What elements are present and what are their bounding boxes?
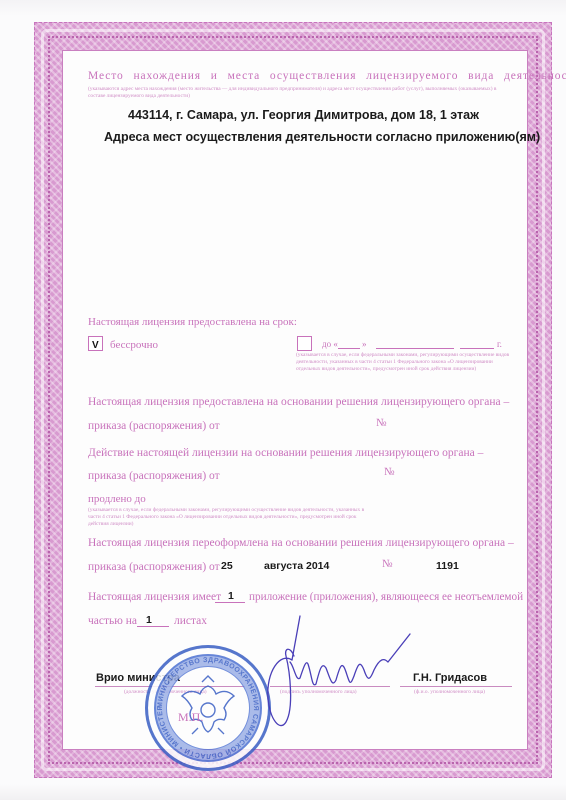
reissue-line2: приказа (распоряжения) от — [88, 561, 220, 573]
address-appendix: Адреса мест осуществления деятельности с… — [104, 130, 540, 144]
extension-line2: приказа (распоряжения) от — [88, 470, 220, 482]
name-note: (ф.и.о. уполномоченного лица) — [414, 689, 485, 696]
grant-line2: приказа (распоряжения) от — [88, 420, 220, 432]
reissue-number: 1191 — [436, 560, 459, 572]
term-heading: Настоящая лицензия предоставлена на срок… — [88, 316, 297, 328]
extension-number-label: № — [384, 466, 395, 478]
sheets-field — [137, 626, 169, 627]
extension-note: (указывается в случае, если федеральными… — [88, 507, 368, 528]
check-mark-icon: V — [92, 340, 99, 351]
until-prefix: до « — [322, 339, 338, 349]
until-mid: » — [362, 339, 367, 349]
until-month-field[interactable] — [376, 348, 454, 349]
extension-line1: Действие настоящей лицензии на основании… — [88, 447, 483, 459]
grant-line1: Настоящая лицензия предоставлена на осно… — [88, 396, 509, 408]
signatory-name: Г.Н. Гридасов — [413, 672, 487, 684]
reissue-day: 25 — [221, 560, 233, 572]
license-page: Место нахождения и места осуществления л… — [0, 0, 566, 800]
appendix-count: 1 — [228, 590, 234, 602]
appendix-suffix: приложение (приложения), являющееся ее н… — [249, 591, 523, 603]
stamp-label: М.П. — [178, 710, 203, 725]
handwritten-signature-icon — [250, 612, 420, 742]
until-suffix: г. — [497, 339, 502, 349]
appendix-prefix: Настоящая лицензия имеет — [88, 591, 221, 603]
appendix-line2-suffix: листах — [174, 615, 207, 627]
until-checkbox[interactable] — [297, 336, 312, 351]
until-note: (указывается в случае, если федеральными… — [296, 352, 518, 373]
reissue-line1: Настоящая лицензия переоформлена на осно… — [88, 537, 514, 549]
location-note: (указываются адрес места нахождения (мес… — [88, 86, 508, 100]
reissue-number-label: № — [382, 558, 393, 570]
extended-until-label: продлено до — [88, 493, 146, 505]
until-year-field[interactable] — [460, 348, 494, 349]
svg-text:МИНИСТЕРСТВО ЗДРАВООХРАНЕНИЯ С: МИНИСТЕРСТВО ЗДРАВООХРАНЕНИЯ САМАРСКОЙ О… — [148, 648, 259, 759]
sheets-count: 1 — [146, 614, 152, 626]
grant-number-label: № — [376, 417, 387, 429]
appendix-count-field — [215, 602, 245, 603]
address: 443114, г. Самара, ул. Георгия Димитрова… — [128, 108, 479, 122]
location-heading: Место нахождения и места осуществления л… — [88, 70, 566, 82]
reissue-month-year: августа 2014 — [264, 560, 329, 572]
until-day-field[interactable] — [338, 348, 360, 349]
indefinite-label: бессрочно — [110, 339, 158, 351]
appendix-line2-prefix: частью на — [88, 615, 137, 627]
